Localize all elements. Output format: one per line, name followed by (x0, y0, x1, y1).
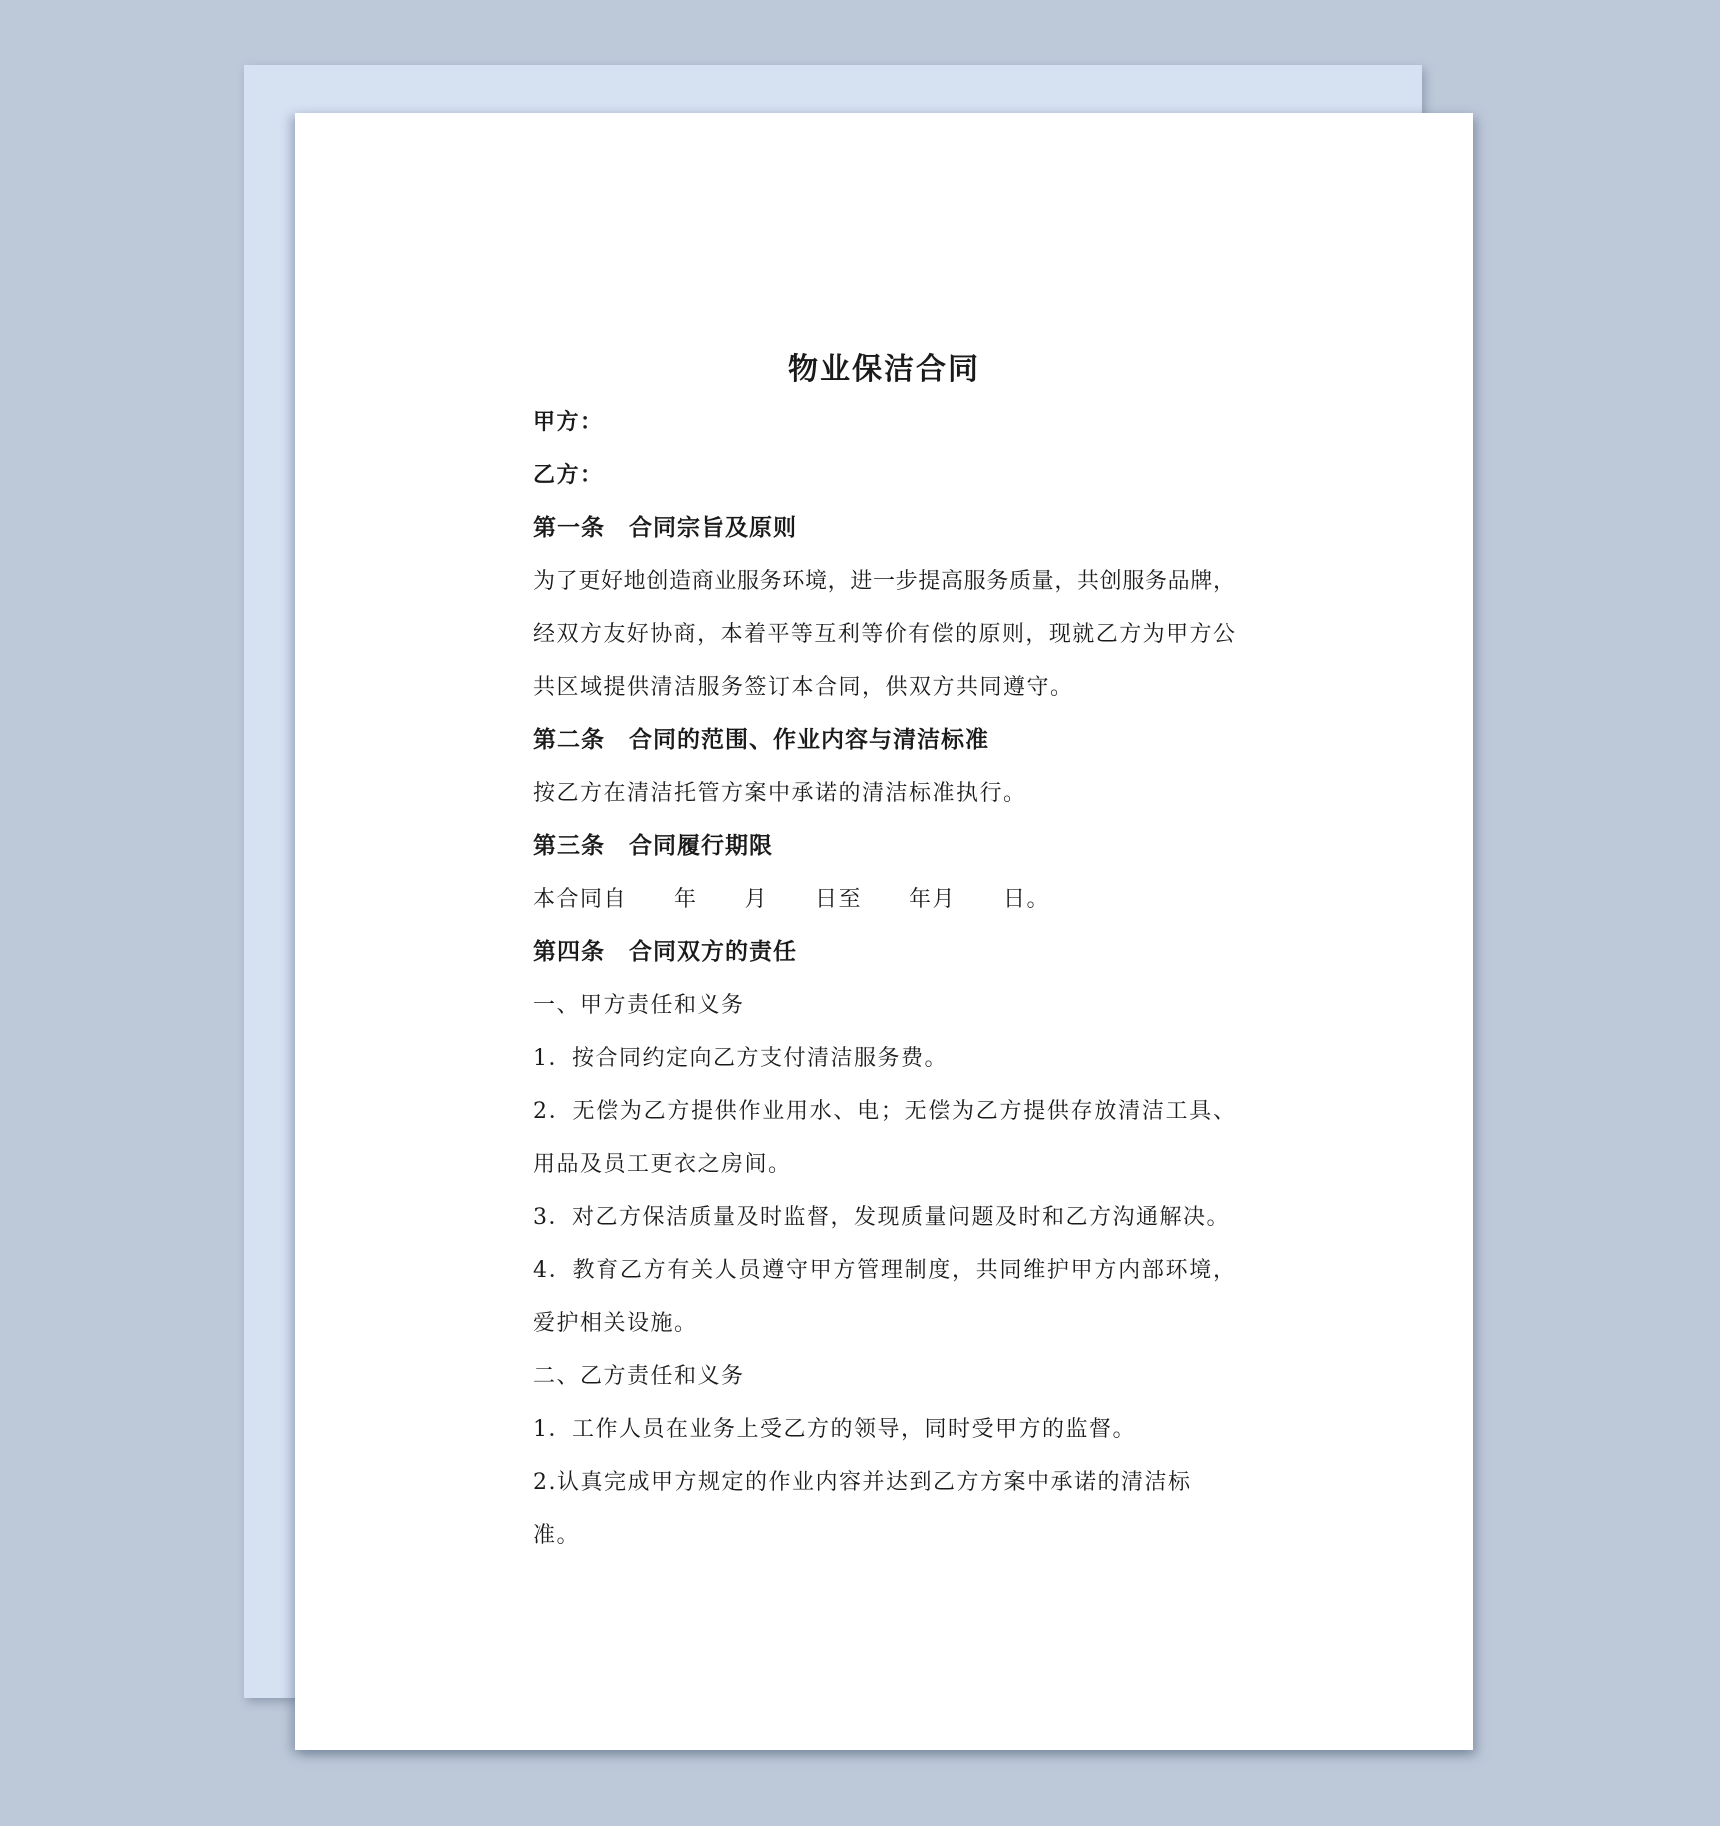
document-line: 第四条 合同双方的责任 (533, 926, 1235, 979)
document-line: 第二条 合同的范围、作业内容与清洁标准 (533, 714, 1235, 767)
document-line: 本合同自 年 月 日至 年月 日。 (533, 873, 1235, 926)
desktop-canvas: 物业保洁合同 甲方：乙方：第一条 合同宗旨及原则为了更好地创造商业服务环境，进一… (0, 0, 1720, 1826)
document-line: 一、甲方责任和义务 (533, 979, 1235, 1032)
document-line: 乙方： (533, 449, 1235, 502)
document-line: 2.认真完成甲方规定的作业内容并达到乙方方案中承诺的清洁标准。 (533, 1456, 1235, 1562)
document-line: 1．工作人员在业务上受乙方的领导，同时受甲方的监督。 (533, 1403, 1235, 1456)
document-body: 甲方：乙方：第一条 合同宗旨及原则为了更好地创造商业服务环境，进一步提高服务质量… (533, 396, 1235, 1562)
document-line: 4．教育乙方有关人员遵守甲方管理制度，共同维护甲方内部环境， (533, 1244, 1235, 1297)
document-line: 共区域提供清洁服务签订本合同，供双方共同遵守。 (533, 661, 1235, 714)
document-line: 甲方： (533, 396, 1235, 449)
document-line: 用品及员工更衣之房间。 (533, 1138, 1235, 1191)
document-line: 爱护相关设施。 (533, 1297, 1235, 1350)
document-line: 为了更好地创造商业服务环境，进一步提高服务质量，共创服务品牌， (533, 555, 1235, 608)
document-line: 3．对乙方保洁质量及时监督，发现质量问题及时和乙方沟通解决。 (533, 1191, 1235, 1244)
document-line: 第三条 合同履行期限 (533, 820, 1235, 873)
document-line: 第一条 合同宗旨及原则 (533, 502, 1235, 555)
document-title: 物业保洁合同 (533, 343, 1235, 396)
document-line: 1．按合同约定向乙方支付清洁服务费。 (533, 1032, 1235, 1085)
document-line: 经双方友好协商，本着平等互利等价有偿的原则，现就乙方为甲方公 (533, 608, 1235, 661)
document-line: 按乙方在清洁托管方案中承诺的清洁标准执行。 (533, 767, 1235, 820)
document-line: 二、乙方责任和义务 (533, 1350, 1235, 1403)
contract-page: 物业保洁合同 甲方：乙方：第一条 合同宗旨及原则为了更好地创造商业服务环境，进一… (295, 113, 1473, 1750)
document-line: 2．无偿为乙方提供作业用水、电；无偿为乙方提供存放清洁工具、 (533, 1085, 1235, 1138)
